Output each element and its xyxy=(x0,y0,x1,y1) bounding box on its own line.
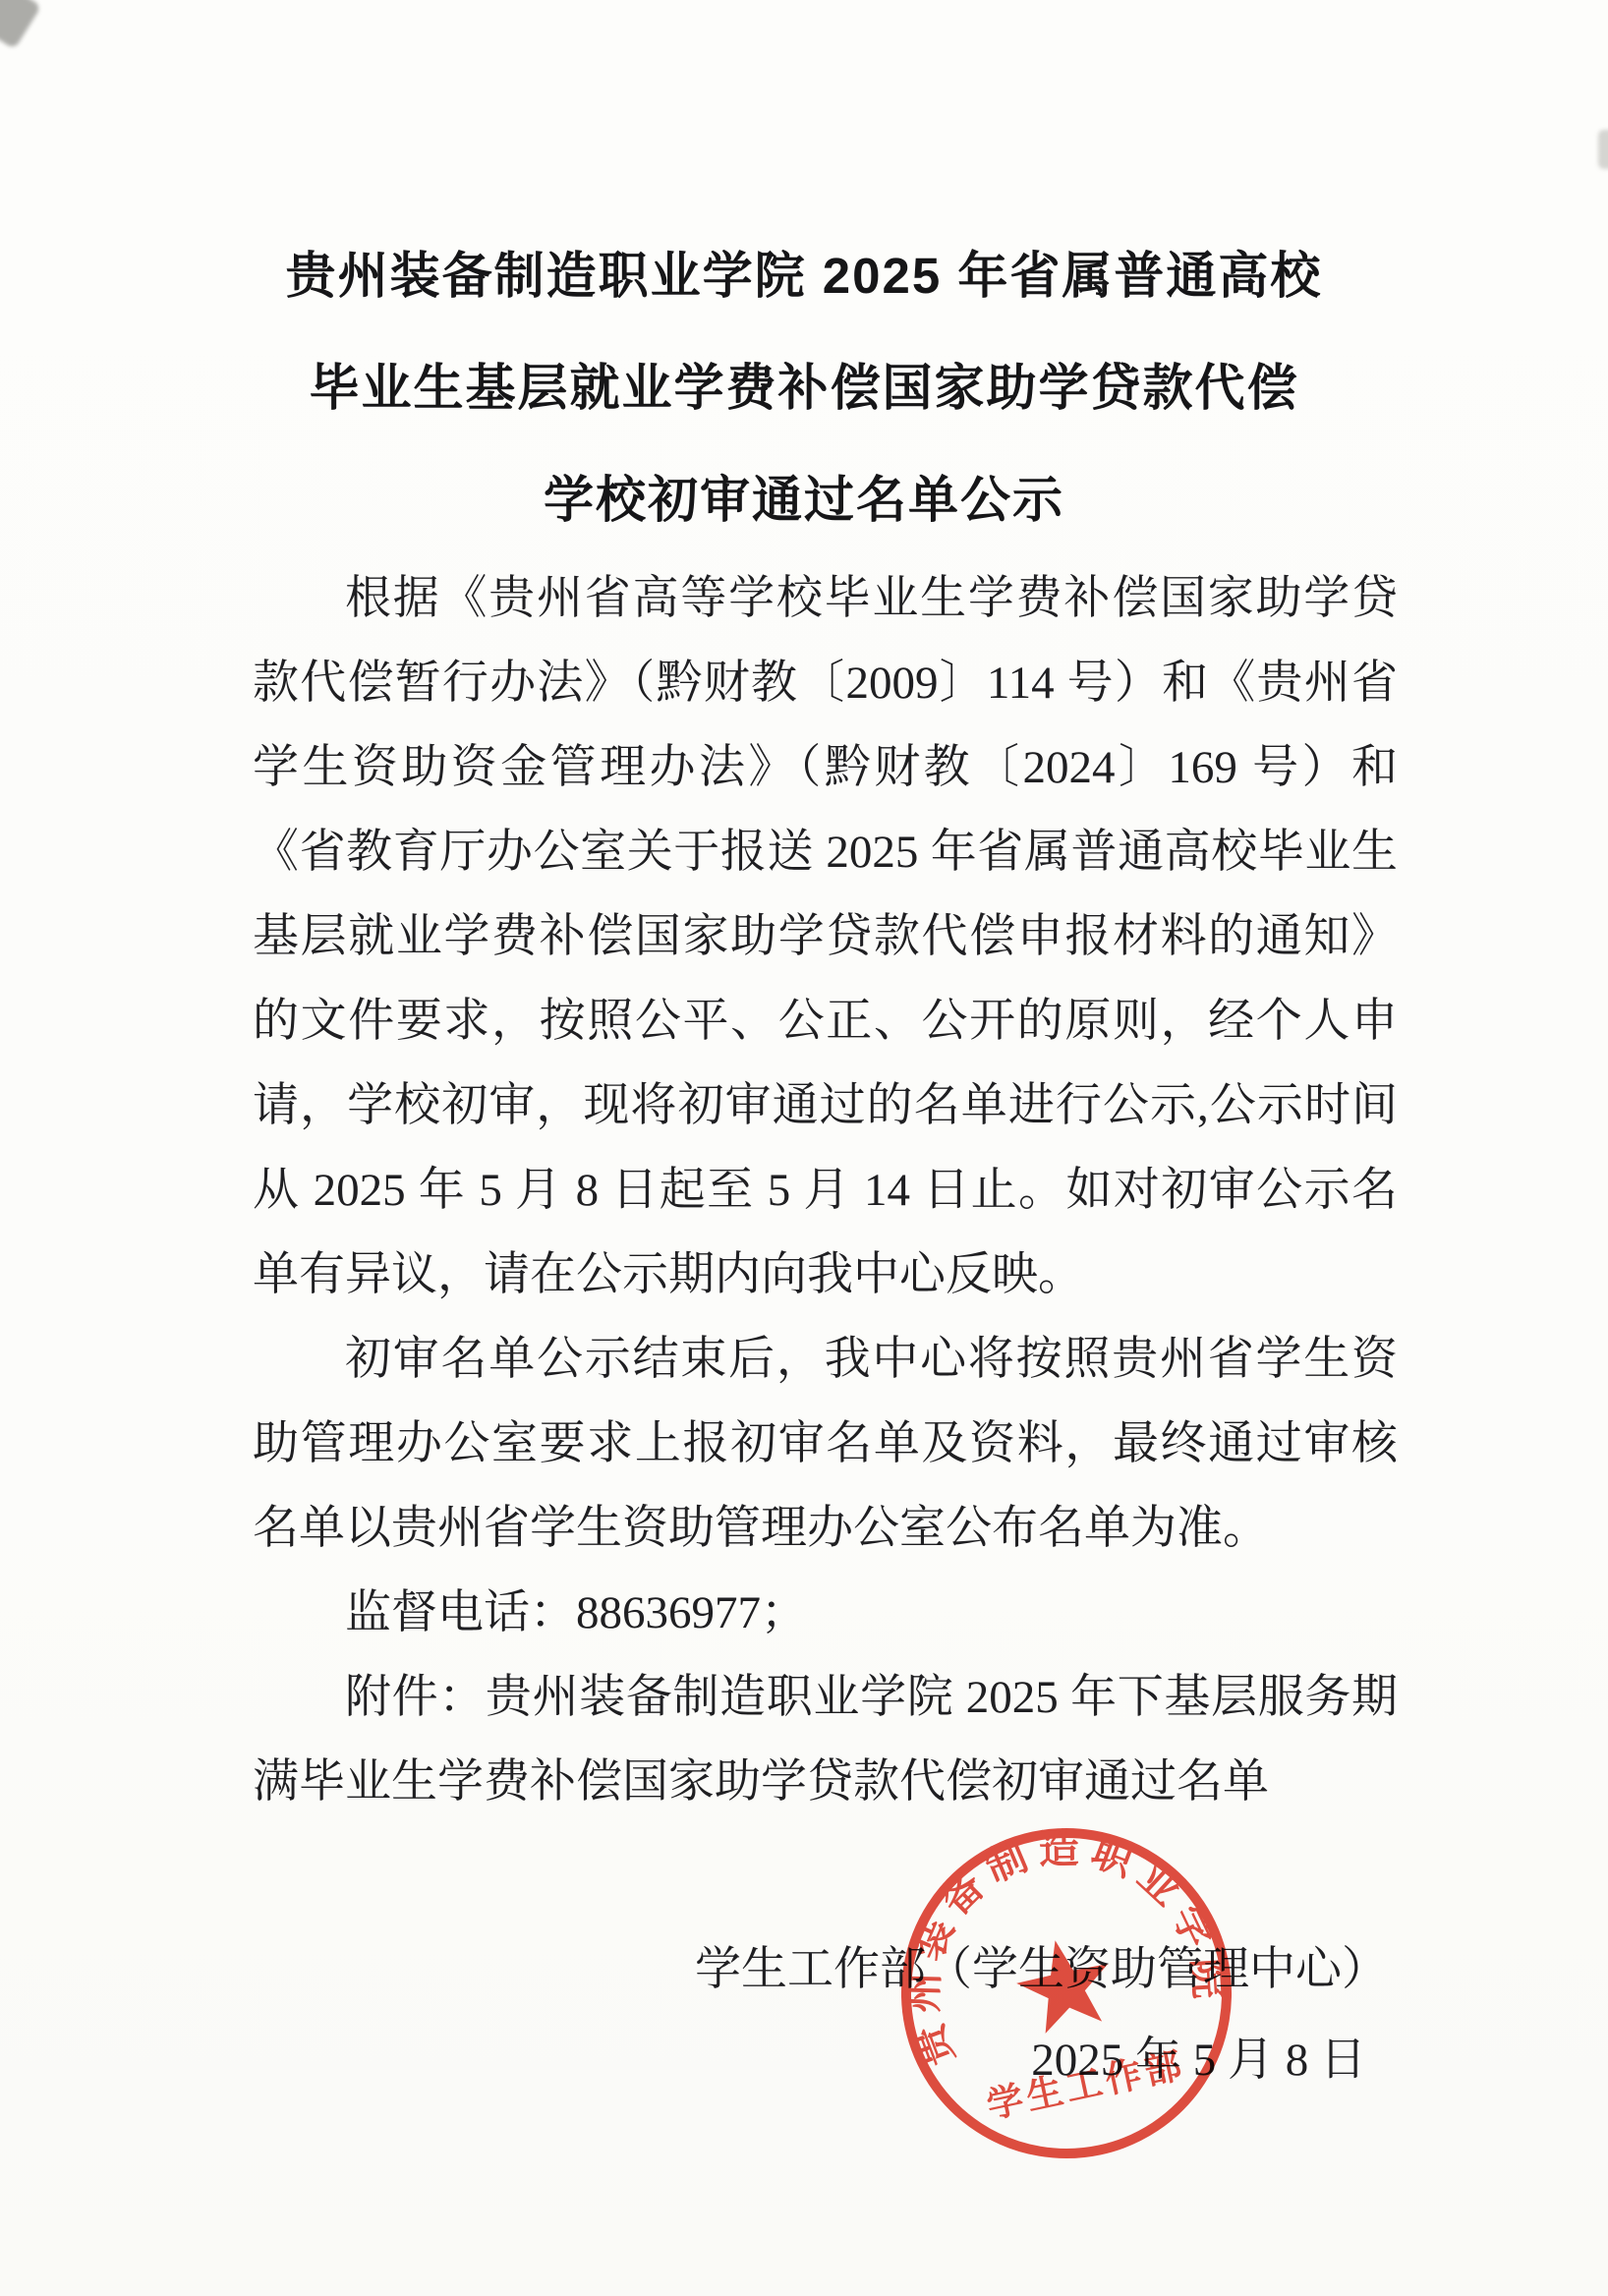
document-title: 贵州装备制造职业学院 2025 年省属普通高校 毕业生基层就业学费补偿国家助学贷… xyxy=(0,0,1608,556)
title-line-3: 学校初审通过名单公示 xyxy=(157,444,1451,556)
signature-line: 学生工作部（学生资助管理中心） xyxy=(0,1927,1388,2012)
paragraph-phone: 监督电话：88636977； xyxy=(253,1571,1398,1655)
paragraph-attachment: 附件：贵州装备制造职业学院 2025 年下基层服务期满毕业生学费补偿国家助学贷款… xyxy=(253,1655,1398,1824)
document-page: 贵州装备制造职业学院 2025 年省属普通高校 毕业生基层就业学费补偿国家助学贷… xyxy=(0,0,1608,2296)
paragraph-basis: 根据《贵州省高等学校毕业生学费补偿国家助学贷款代偿暂行办法》（黔财教〔2009〕… xyxy=(253,556,1398,1317)
title-line-2: 毕业生基层就业学费补偿国家助学贷款代偿 xyxy=(157,332,1451,444)
scan-artifact xyxy=(1598,130,1608,169)
document-body: 根据《贵州省高等学校毕业生学费补偿国家助学贷款代偿暂行办法》（黔财教〔2009〕… xyxy=(253,556,1398,1824)
date-line: 2025 年 5 月 8 日 xyxy=(0,2018,1366,2102)
paragraph-followup: 初审名单公示结束后，我中心将按照贵州省学生资助管理办公室要求上报初审名单及资料，… xyxy=(253,1317,1398,1571)
title-line-1: 贵州装备制造职业学院 2025 年省属普通高校 xyxy=(157,220,1451,332)
